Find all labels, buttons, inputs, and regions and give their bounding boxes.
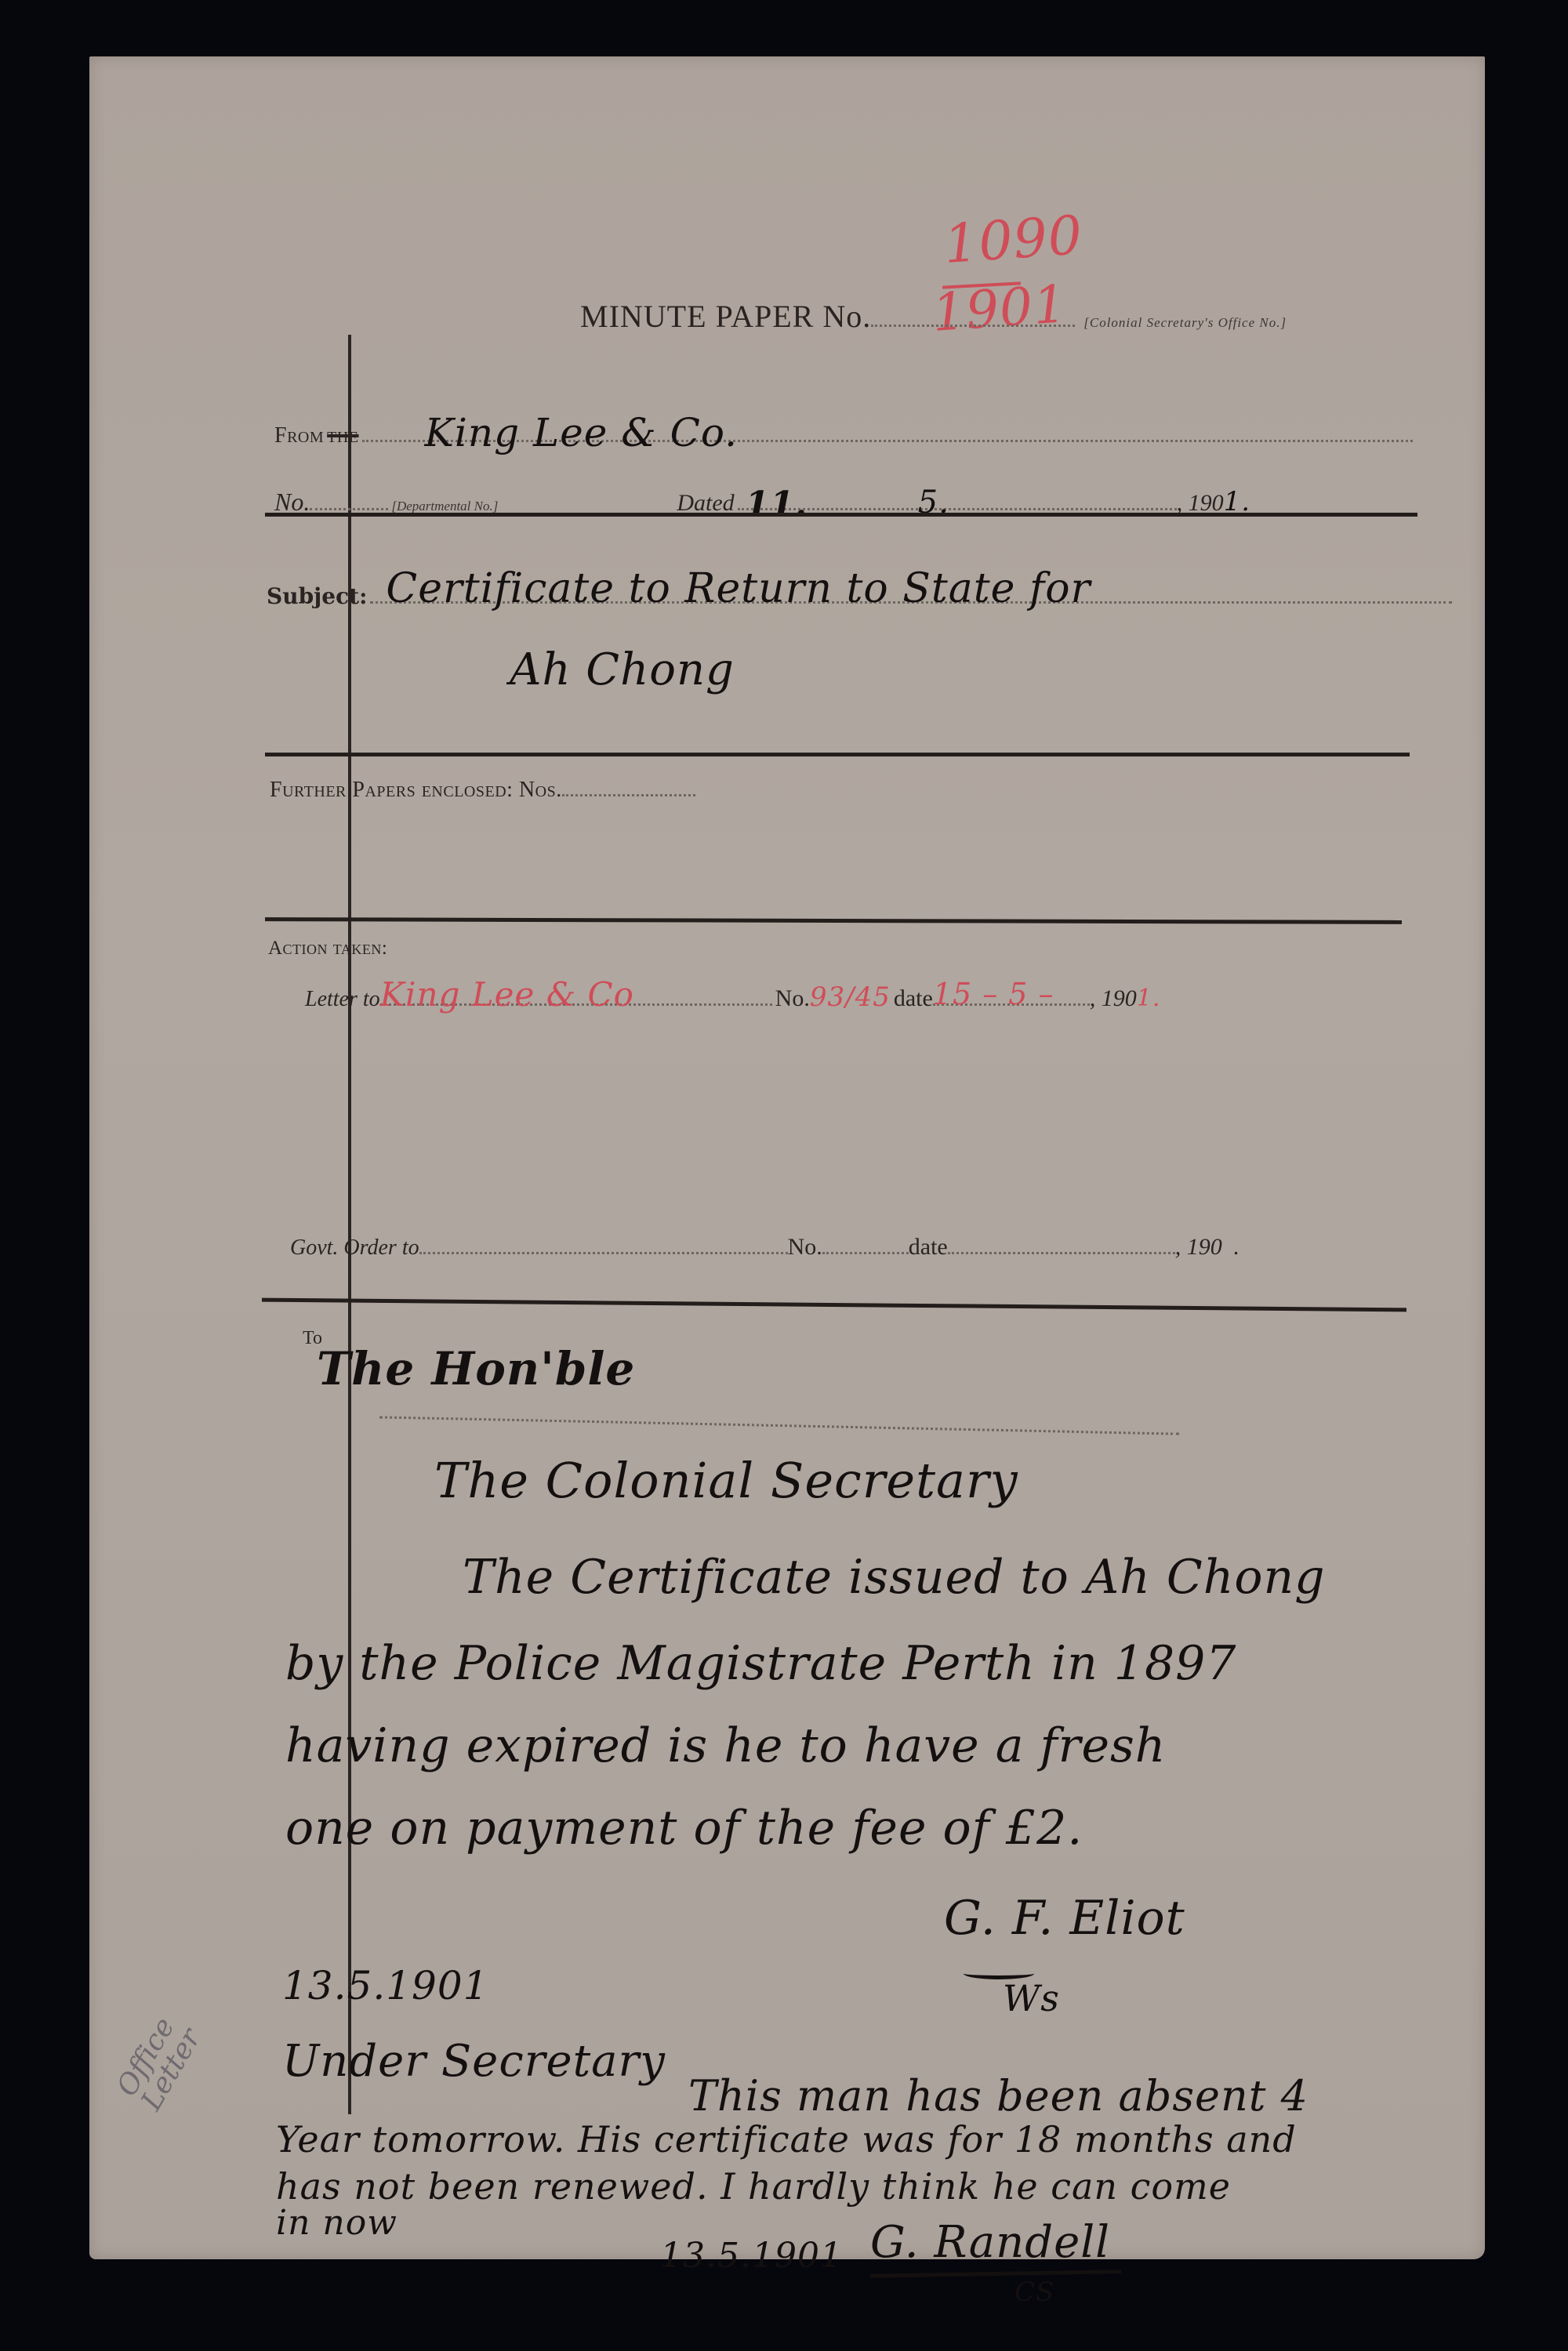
from-value: King Lee & Co.	[425, 410, 739, 455]
minute-2-date-signed: 13.5.1901	[660, 2236, 843, 2276]
minute-2-line-1: This man has been absent 4	[688, 2071, 1308, 2121]
document-title: MINUTE PAPER No. [Colonial Secretary's O…	[580, 298, 1287, 335]
signature-underline	[870, 2269, 1121, 2278]
letter-no-value: 93/45	[810, 981, 891, 1013]
divider-4	[262, 1298, 1406, 1312]
further-papers-value	[562, 794, 695, 796]
minute-1-signature: G. F. Eliot	[944, 1891, 1185, 1946]
minute-2-line-3: has not been renewed. I hardly think he …	[276, 2165, 1231, 2208]
minute-2-signature: G. Randell	[870, 2217, 1110, 2268]
minute-2-signature-title: CS	[1014, 2277, 1054, 2308]
minute-1-line-1: The Certificate issued to Ah Chong	[463, 1550, 1326, 1605]
from-label: From	[274, 423, 324, 448]
title-text: MINUTE PAPER No.	[580, 299, 871, 334]
letter-no-label: No.	[775, 985, 810, 1011]
govt-order-label: Govt. Order to	[290, 1235, 419, 1260]
letter-year-suffix: 1.	[1137, 985, 1161, 1012]
subject-line-1: Certificate to Return to State for	[386, 565, 1091, 612]
further-papers-row: Further Papers enclosed: Nos.	[270, 778, 695, 803]
salutation: The Colonial Secretary	[434, 1452, 1018, 1509]
minute-2-date: 13.5.1901	[282, 1963, 488, 2008]
registry-number-top: 1090	[942, 205, 1084, 276]
letter-to-label: Letter to	[305, 987, 380, 1011]
letter-to-value: King Lee & Co	[380, 975, 634, 1014]
subject-row: Subject: Certificate to Return to State …	[267, 583, 1466, 609]
minute-2-addressee: Under Secretary	[282, 2036, 666, 2087]
letter-date-label: date	[894, 985, 933, 1011]
divider-3	[265, 917, 1402, 924]
margin-note: Office Letter	[113, 2010, 206, 2115]
govt-order-row: Govt. Order toNo.date, 190.	[290, 1234, 1427, 1261]
addressee-dotted-line	[379, 1416, 1179, 1435]
minute-1-line-2: by the Police Magistrate Perth in 1897	[285, 1636, 1236, 1691]
govt-date-value	[948, 1252, 1175, 1254]
minute-1-line-3: having expired is he to have a fresh	[285, 1718, 1166, 1773]
office-number-note: [Colonial Secretary's Office No.]	[1083, 315, 1287, 330]
letter-to-row: Letter to King Lee & Co No.93/45 date 15…	[305, 981, 1442, 1013]
govt-date-label: date	[909, 1234, 948, 1260]
minute-1-line-4: one on payment of the fee of £2.	[285, 1801, 1083, 1856]
divider-2	[265, 753, 1410, 756]
from-struck-word: the	[327, 423, 358, 448]
departmental-note: [Departmental No.]	[391, 499, 498, 513]
minute-2-line-2: Year tomorrow. His certificate was for 1…	[276, 2118, 1297, 2161]
govt-year: , 190	[1175, 1234, 1222, 1260]
govt-no-value	[822, 1252, 909, 1254]
govt-year-dot: .	[1233, 1234, 1240, 1260]
minute-2-line-4: in now	[276, 2203, 397, 2243]
minute-1-signature-title: Ws	[1003, 1977, 1060, 2019]
minute-paper-sheet: 1090 1901 MINUTE PAPER No. [Colonial Sec…	[89, 56, 1485, 2259]
govt-no-label: No.	[788, 1234, 822, 1260]
subject-line-2: Ah Chong	[510, 644, 735, 695]
no-label: No.	[274, 488, 310, 516]
divider-1	[265, 513, 1417, 517]
from-row: From the King Lee & Co.	[274, 423, 1466, 448]
subject-label: Subject:	[267, 583, 367, 609]
letter-date-value: 15 – 5 –	[933, 977, 1054, 1011]
further-papers-label: Further Papers enclosed: Nos.	[270, 778, 562, 802]
action-taken-label: Action taken:	[268, 938, 387, 960]
addressee: The Hon'ble	[317, 1342, 635, 1395]
govt-order-value	[419, 1252, 788, 1254]
letter-year-prefix: , 190	[1090, 985, 1137, 1011]
dated-day: 11.	[746, 484, 808, 524]
